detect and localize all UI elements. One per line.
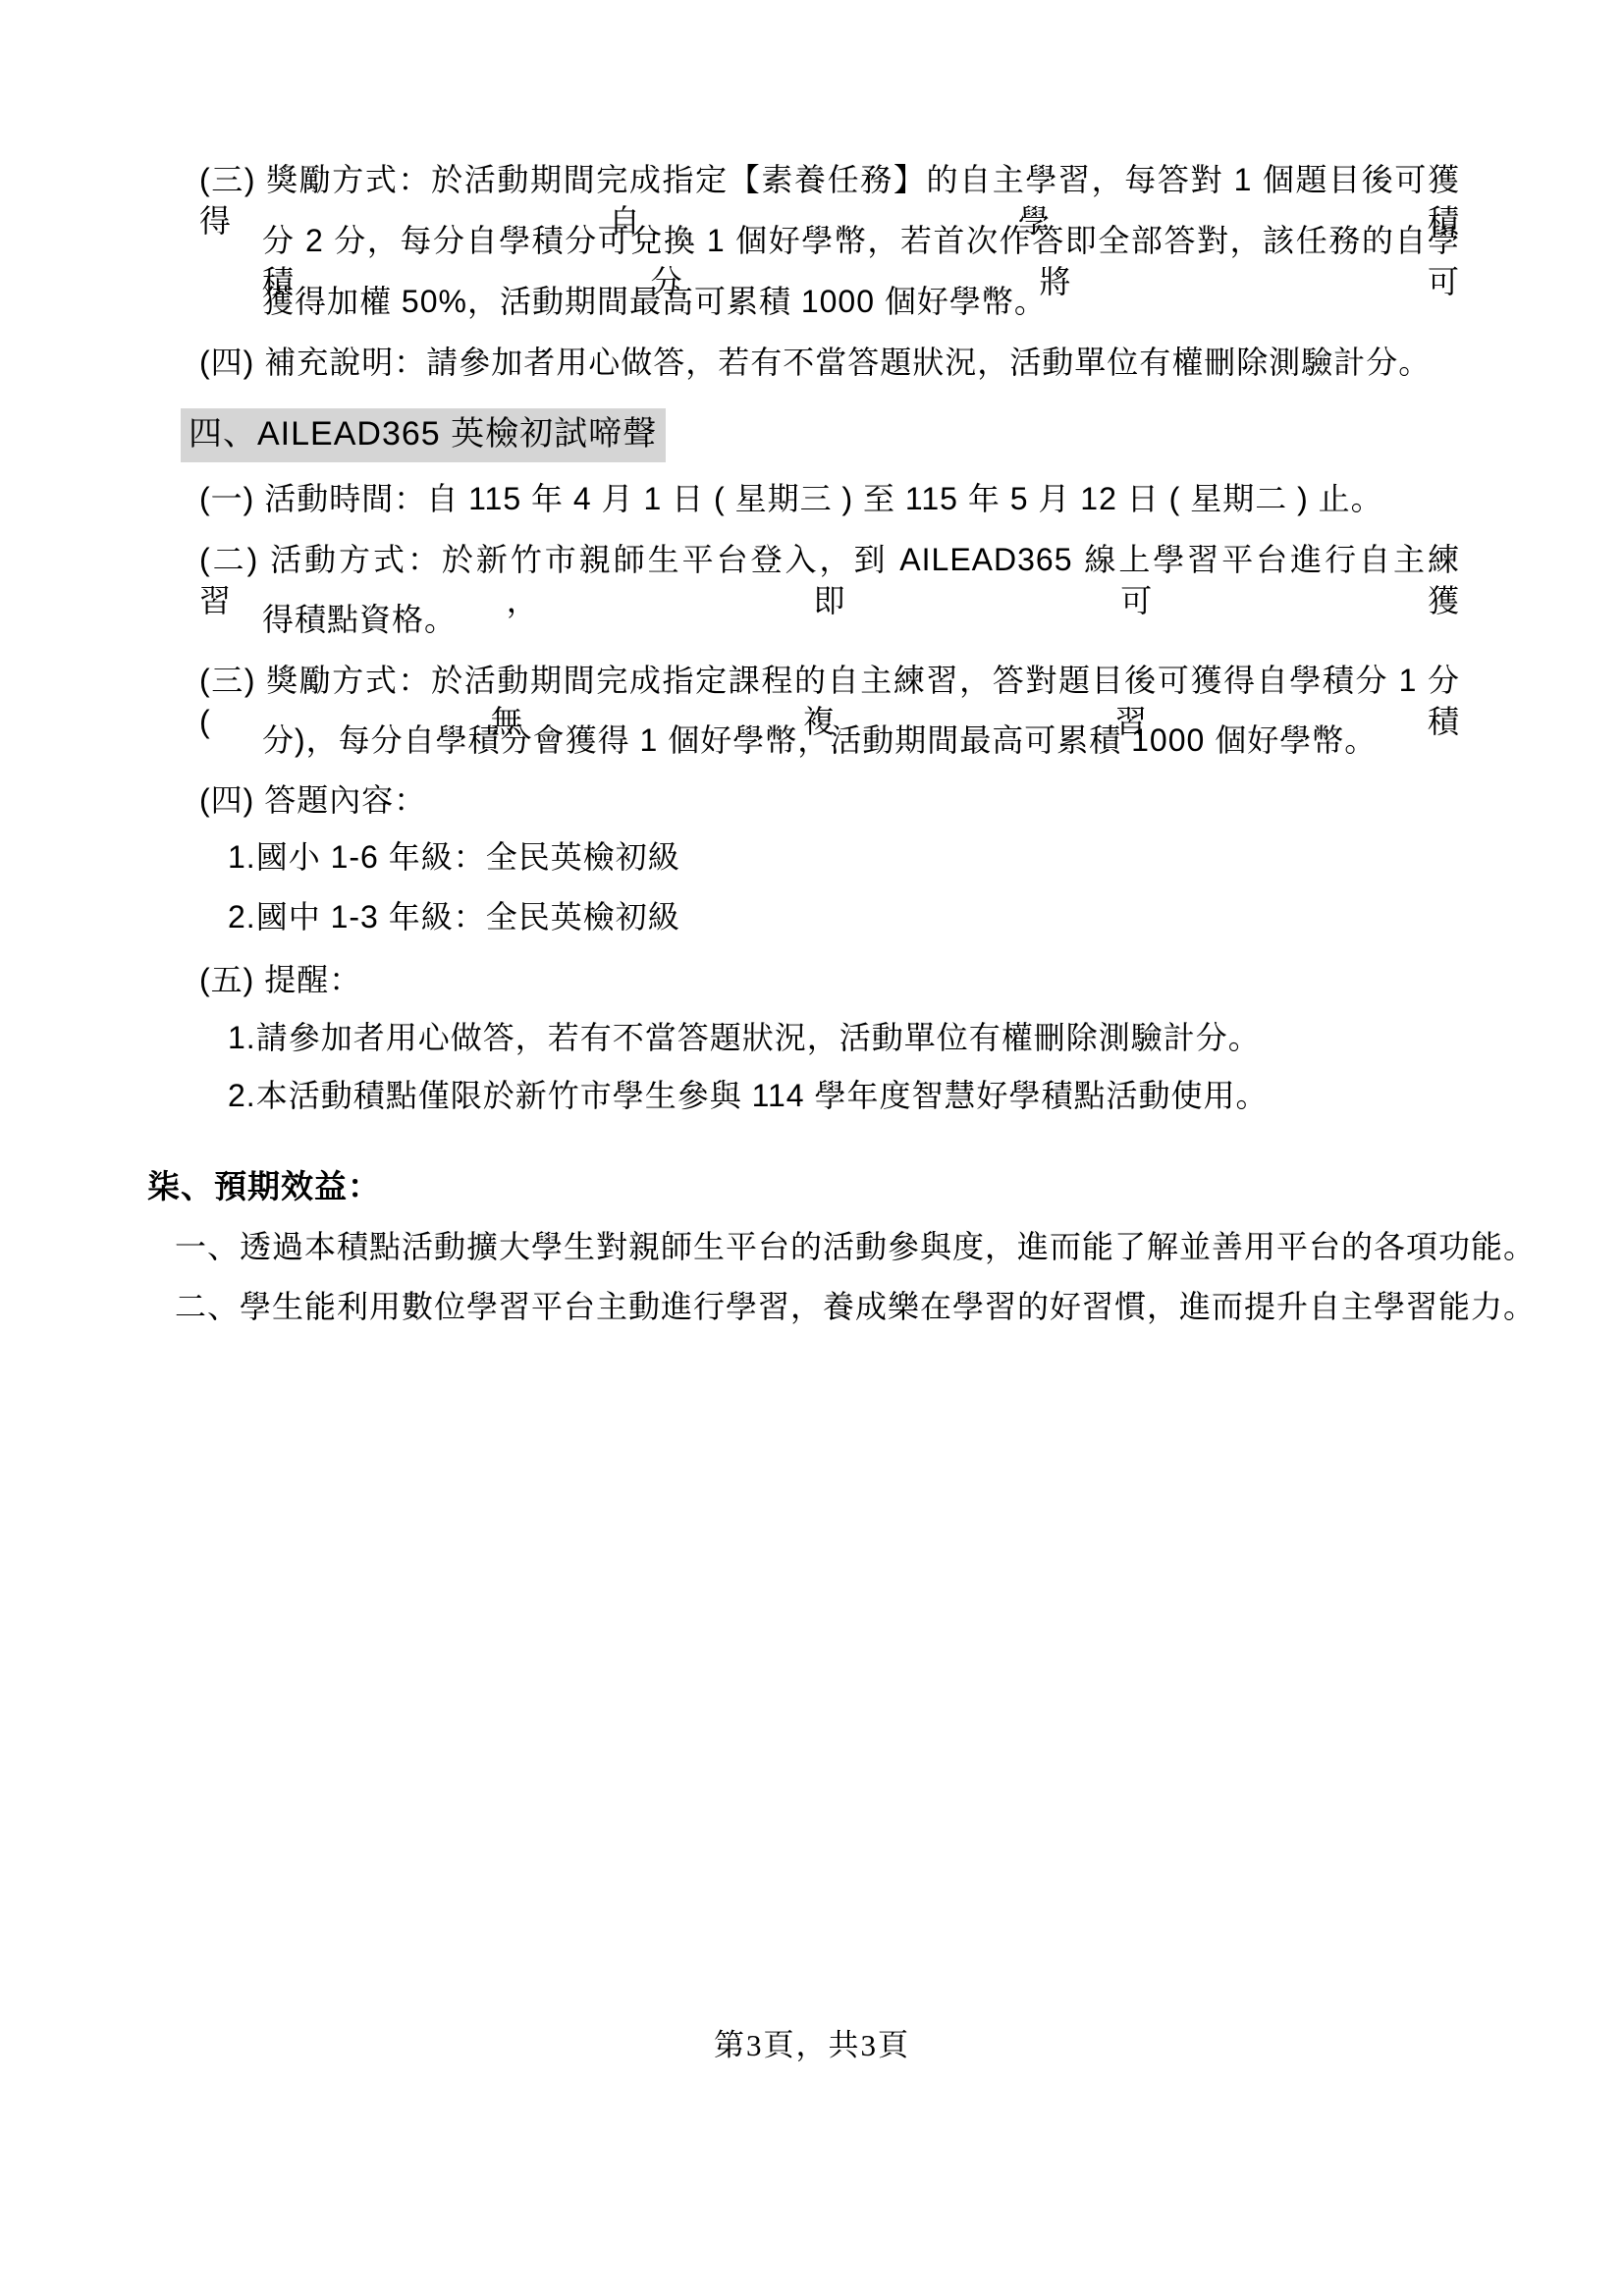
line-item4-question-content: (四) 答題內容：: [199, 780, 426, 822]
line-item1-activity-time: (一) 活動時間：自 115 年 4 月 1 日 ( 星期三 ) 至 115 年…: [199, 479, 1383, 520]
line-reminder-1: 1.請參加者用心做答，若有不當答題狀況，活動單位有權刪除測驗計分。: [228, 1018, 1261, 1059]
line-item3-reward-2-cont: 分)，每分自學積分會獲得 1 個好學幣，活動期間最高可累積 1000 個好學幣。: [262, 721, 1377, 762]
line-sub2-junior-high: 2.國中 1-3 年級：全民英檢初級: [228, 897, 680, 938]
line-item3-reward-cont2: 獲得加權 50%，活動期間最高可累積 1000 個好學幣。: [262, 282, 1047, 323]
line-benefit-1: 一、透過本積點活動擴大學生對親師生平台的活動參與度，進而能了解並善用平台的各項功…: [175, 1227, 1536, 1268]
heading-highlight: 四、AILEAD365 英檢初試啼聲: [181, 408, 666, 462]
line-benefit-2: 二、學生能利用數位學習平台主動進行學習，養成樂在學習的好習慣，進而提升自主學習能…: [175, 1287, 1536, 1328]
line-item5-reminder: (五) 提醒：: [199, 960, 361, 1001]
line-item4-supplement: (四) 補充說明：請參加者用心做答，若有不當答題狀況，活動單位有權刪除測驗計分。: [199, 343, 1431, 384]
line-sub1-elementary: 1.國小 1-6 年級：全民英檢初級: [228, 837, 680, 879]
section-heading-expected-benefits: 柒、預期效益：: [147, 1166, 381, 1208]
line-reminder-2: 2.本活動積點僅限於新竹市學生參與 114 學年度智慧好學積點活動使用。: [228, 1076, 1269, 1117]
page-footer: 第3頁，共3頁: [0, 2020, 1624, 2064]
line-item2-activity-cont: 得積點資格。: [262, 600, 457, 641]
section-heading-ailead365: 四、AILEAD365 英檢初試啼聲: [181, 408, 666, 462]
document-page: (三) 獎勵方式：於活動期間完成指定【素養任務】的自主學習，每答對 1 個題目後…: [0, 0, 1624, 2296]
